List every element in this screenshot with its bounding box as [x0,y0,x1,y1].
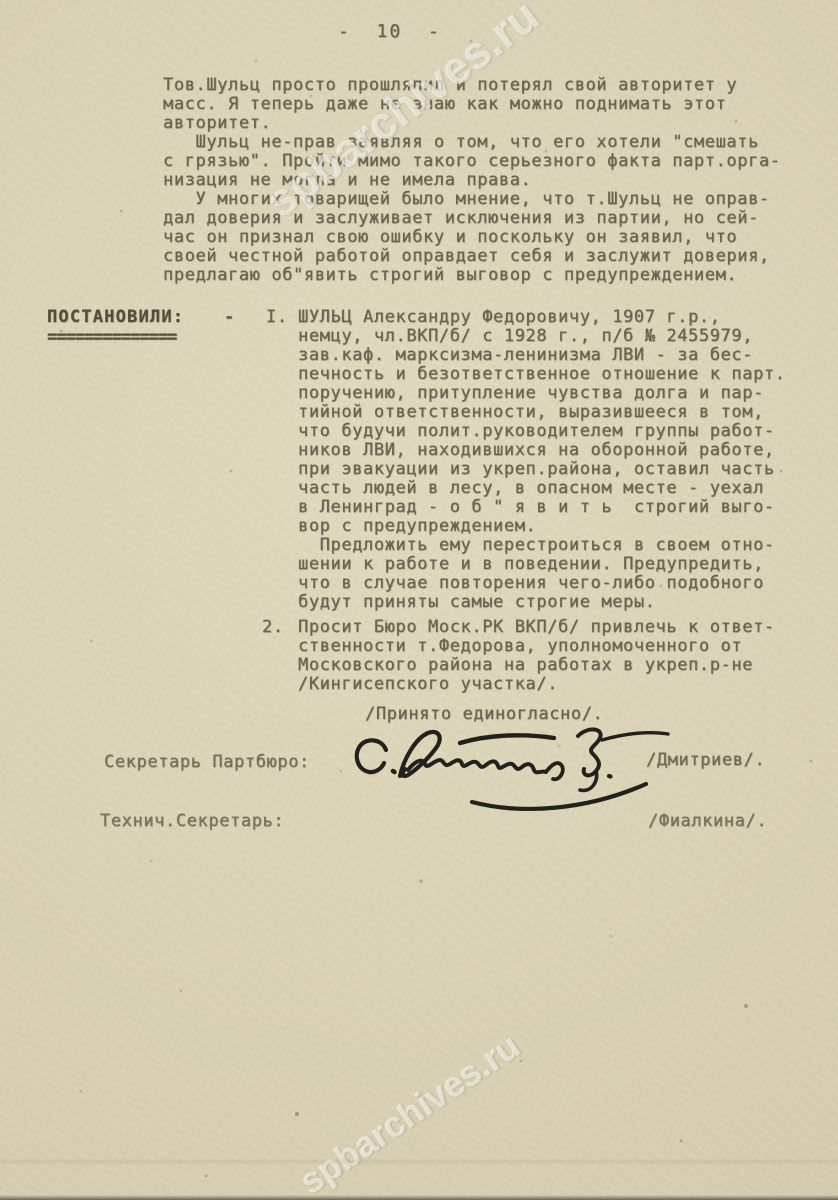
resolution-item-1-text: ШУЛЬЦ Александру Федоровичу, 1907 г.р., … [298,308,786,612]
discussion-paragraphs: Тов.Шульц просто прошляпил и потерял сво… [163,76,781,285]
resolution-heading: ПОСТАНОВИЛИ: [47,308,184,327]
paper-fold-shadow [0,1158,838,1165]
technical-secretary-typed-name: /Фиалкина/. [648,812,767,831]
scanned-document-page: - 10 - Тов.Шульц просто прошляпил и поте… [0,0,838,1200]
technical-secretary-label: Технич.Секретарь: [100,812,284,831]
resolution-heading-underline: ============== [47,328,176,347]
resolution-separator-dash: - [224,308,235,327]
party-secretary-label: Секретарь Партбюро: [104,753,310,772]
party-secretary-typed-name: /Дмитриев/. [646,751,765,770]
resolution-item-2-number: 2. [262,618,284,637]
resolution-item-1-number: I. [266,308,288,327]
page-number: - 10 - [338,22,441,41]
scan-bottom-edge [0,1195,838,1200]
archive-watermark-bottom: spbarchives.ru [292,1025,528,1200]
paper-specks [0,0,2,2]
handwritten-signature [342,720,672,815]
resolution-item-2-text: Просит Бюро Моск.РК ВКП/б/ привлечь к от… [298,618,775,694]
